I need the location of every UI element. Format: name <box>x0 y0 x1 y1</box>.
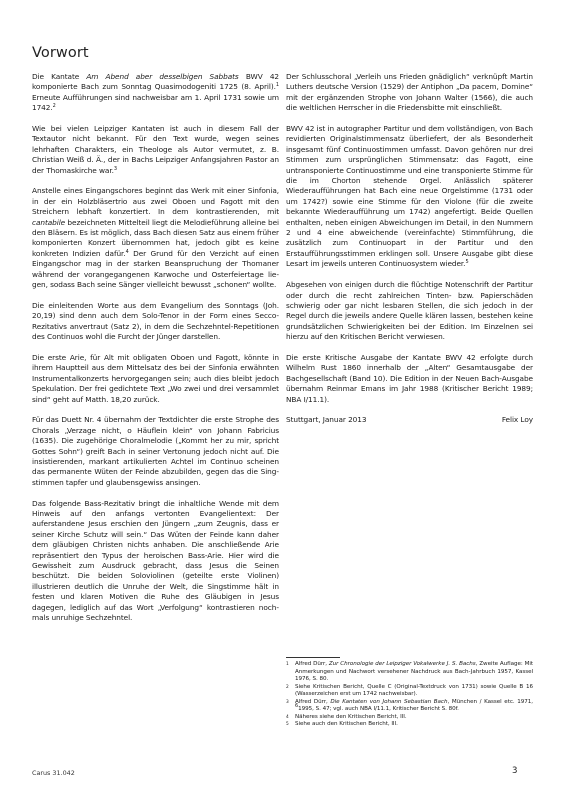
left-column: Die Kantate Am Abend aber desselbigen Sa… <box>32 72 279 634</box>
italic-text: cantabile <box>32 218 65 227</box>
footnote: 4Näheres siehe den Kritischen Bericht, I… <box>286 714 533 722</box>
paragraph: BWV 42 ist in autographer Partitur und d… <box>286 124 533 270</box>
paragraph: Die Kantate Am Abend aber desselbigen Sa… <box>32 72 279 114</box>
text-run: Siehe auch den Kritischen Bericht, III. <box>295 721 398 727</box>
text-run: Für das Duett Nr. 4 übernahm der Textdic… <box>32 415 279 486</box>
text-run: Näheres siehe den Kritischen Bericht, II… <box>295 714 407 720</box>
footnote-ref: 1 <box>276 82 279 88</box>
footnote-number: 3 <box>286 699 289 707</box>
right-column: Der Schlusschoral „Verleih uns Frieden g… <box>286 72 533 426</box>
footnote-divider <box>286 657 340 658</box>
paragraph: Die einleitenden Worte aus dem Evangeliu… <box>32 301 279 343</box>
text-run: Die Kantate <box>32 72 86 81</box>
footnote: 5Siehe auch den Kritischen Bericht, III. <box>286 721 533 729</box>
signature: Stuttgart, Januar 2013 Felix Loy <box>286 415 533 425</box>
paragraph: Die erste Kritische Ausgabe der Kantate … <box>286 353 533 405</box>
page-number: 3 <box>512 766 517 776</box>
footnote-number: 5 <box>286 721 289 729</box>
catalog-number: Carus 31.042 <box>32 769 75 777</box>
footnote-number: 4 <box>286 714 289 722</box>
footnote-ref: 5 <box>465 259 468 265</box>
text-run: Anstelle eines Eingangschores beginnt da… <box>32 186 279 216</box>
signature-place-date: Stuttgart, Januar 2013 <box>286 415 366 425</box>
footnote-ref: 3 <box>114 166 117 172</box>
text-run: Wie bei vielen Leipziger Kantaten ist au… <box>32 124 279 175</box>
text-run: Die einleitenden Worte aus dem Evangeliu… <box>32 301 279 341</box>
text-run: Die erste Arie, für Alt mit obligaten Ob… <box>32 353 279 404</box>
text-run: Siehe Kritischen Bericht, Quelle C (Orig… <box>295 684 533 698</box>
text-run: BWV 42 ist in autographer Partitur und d… <box>286 124 533 268</box>
paragraph: Die erste Arie, für Alt mit obligaten Ob… <box>32 353 279 405</box>
paragraph: Das folgende Bass-Rezitativ bringt die i… <box>32 499 279 624</box>
footnote: 3Alfred Dürr, Die Kantaten von Johann Se… <box>286 699 533 714</box>
italic-text: Am Abend aber desselbigen Sabbats <box>86 72 238 81</box>
paragraph: Anstelle eines Eingangschores beginnt da… <box>32 186 279 290</box>
text-run: 1995, S. 47; vgl. auch NBA I/11.1, Kriti… <box>298 706 459 712</box>
text-run: Alfred Dürr, <box>295 699 330 705</box>
text-run: Das folgende Bass-Rezitativ bringt die i… <box>32 499 279 622</box>
paragraph: Wie bei vielen Leipziger Kantaten ist au… <box>32 124 279 176</box>
signature-author: Felix Loy <box>502 415 533 425</box>
footnote-ref: 2 <box>53 103 56 109</box>
footnotes: 1Alfred Dürr, Zur Chronologie der Leipzi… <box>286 661 533 729</box>
text-run: Alfred Dürr, <box>295 661 329 667</box>
footnote-number: 2 <box>286 684 289 692</box>
footnote-number: 1 <box>286 661 289 669</box>
text-run: Die erste Kritische Ausgabe der Kantate … <box>286 353 533 404</box>
right-column-paragraphs: Der Schlusschoral „Verleih uns Frieden g… <box>286 72 533 405</box>
text-run: Erneute Aufführungen sind nachweisbar am… <box>32 93 279 112</box>
italic-text: Die Kantaten von Johann Sebastian Bach <box>330 699 447 705</box>
paragraph: Der Schlusschoral „Verleih uns Frieden g… <box>286 72 533 114</box>
footnote: 2Siehe Kritischen Bericht, Quelle C (Ori… <box>286 684 533 699</box>
text-run: Abgesehen von einigen durch die flüchtig… <box>286 280 533 341</box>
italic-text: Zur Chronologie der Leipziger Vokalwerke… <box>329 661 476 667</box>
paragraph: Für das Duett Nr. 4 übernahm der Textdic… <box>32 415 279 488</box>
footnote: 1Alfred Dürr, Zur Chronologie der Leipzi… <box>286 661 533 684</box>
paragraph: Abgesehen von einigen durch die flüchtig… <box>286 280 533 342</box>
text-run: Der Schlusschoral „Verleih uns Frieden g… <box>286 72 533 112</box>
text-run: , München / Kas­sel etc. 1971, <box>447 699 533 705</box>
page-title: Vorwort <box>32 45 89 61</box>
